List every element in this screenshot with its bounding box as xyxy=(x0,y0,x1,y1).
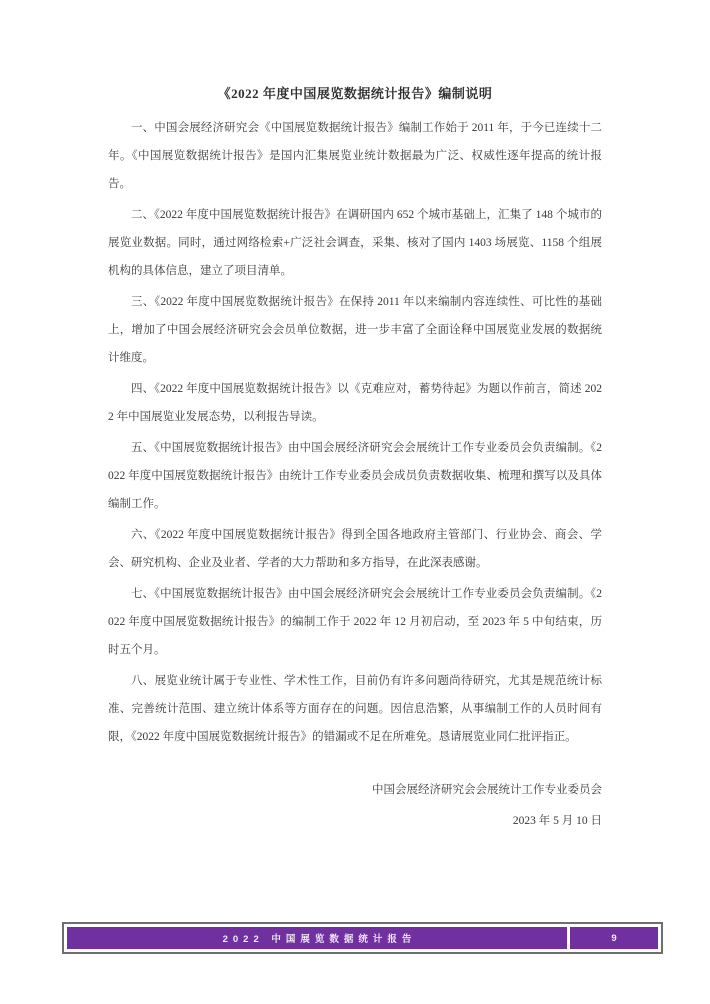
page-title: 《2022 年度中国展览数据统计报告》编制说明 xyxy=(108,85,602,103)
signature-block: 中国会展经济研究会会展统计工作专业委员会 2023 年 5 月 10 日 xyxy=(108,775,602,837)
paragraph: 八、展览业统计属于专业性、学术性工作，目前仍有许多问题尚待研究，尤其是规范统计标… xyxy=(108,667,602,751)
footer-bar: 2022 中国展览数据统计报告 9 xyxy=(62,922,663,954)
signature-line: 中国会展经济研究会会展统计工作专业委员会 xyxy=(108,775,602,806)
document-body: 《2022 年度中国展览数据统计报告》编制说明 一、中国会展经济研究会《中国展览… xyxy=(108,85,602,837)
paragraph: 七、《中国展览数据统计报告》由中国会展经济研究会会展统计工作专业委员会负责编制。… xyxy=(108,580,602,664)
document-page: { "document": { "title": "《2022 年度中国展览数据… xyxy=(0,0,710,1004)
paragraph: 三、《2022 年度中国展览数据统计报告》在保持 2011 年以来编制内容连续性… xyxy=(108,288,602,372)
date-line: 2023 年 5 月 10 日 xyxy=(108,806,602,837)
paragraph: 四、《2022 年度中国展览数据统计报告》以《克难应对，蓄势待起》为题以作前言，… xyxy=(108,375,602,431)
paragraph: 六、《2022 年度中国展览数据统计报告》得到全国各地政府主管部门、行业协会、商… xyxy=(108,521,602,577)
footer-report-title: 2022 中国展览数据统计报告 xyxy=(67,927,567,949)
paragraph: 五、《中国展览数据统计报告》由中国会展经济研究会会展统计工作专业委员会负责编制。… xyxy=(108,434,602,518)
paragraph: 二、《2022 年度中国展览数据统计报告》在调研国内 652 个城市基础上，汇集… xyxy=(108,201,602,285)
paragraph: 一、中国会展经济研究会《中国展览数据统计报告》编制工作始于 2011 年，于今已… xyxy=(108,114,602,198)
footer-page-number: 9 xyxy=(570,927,658,949)
